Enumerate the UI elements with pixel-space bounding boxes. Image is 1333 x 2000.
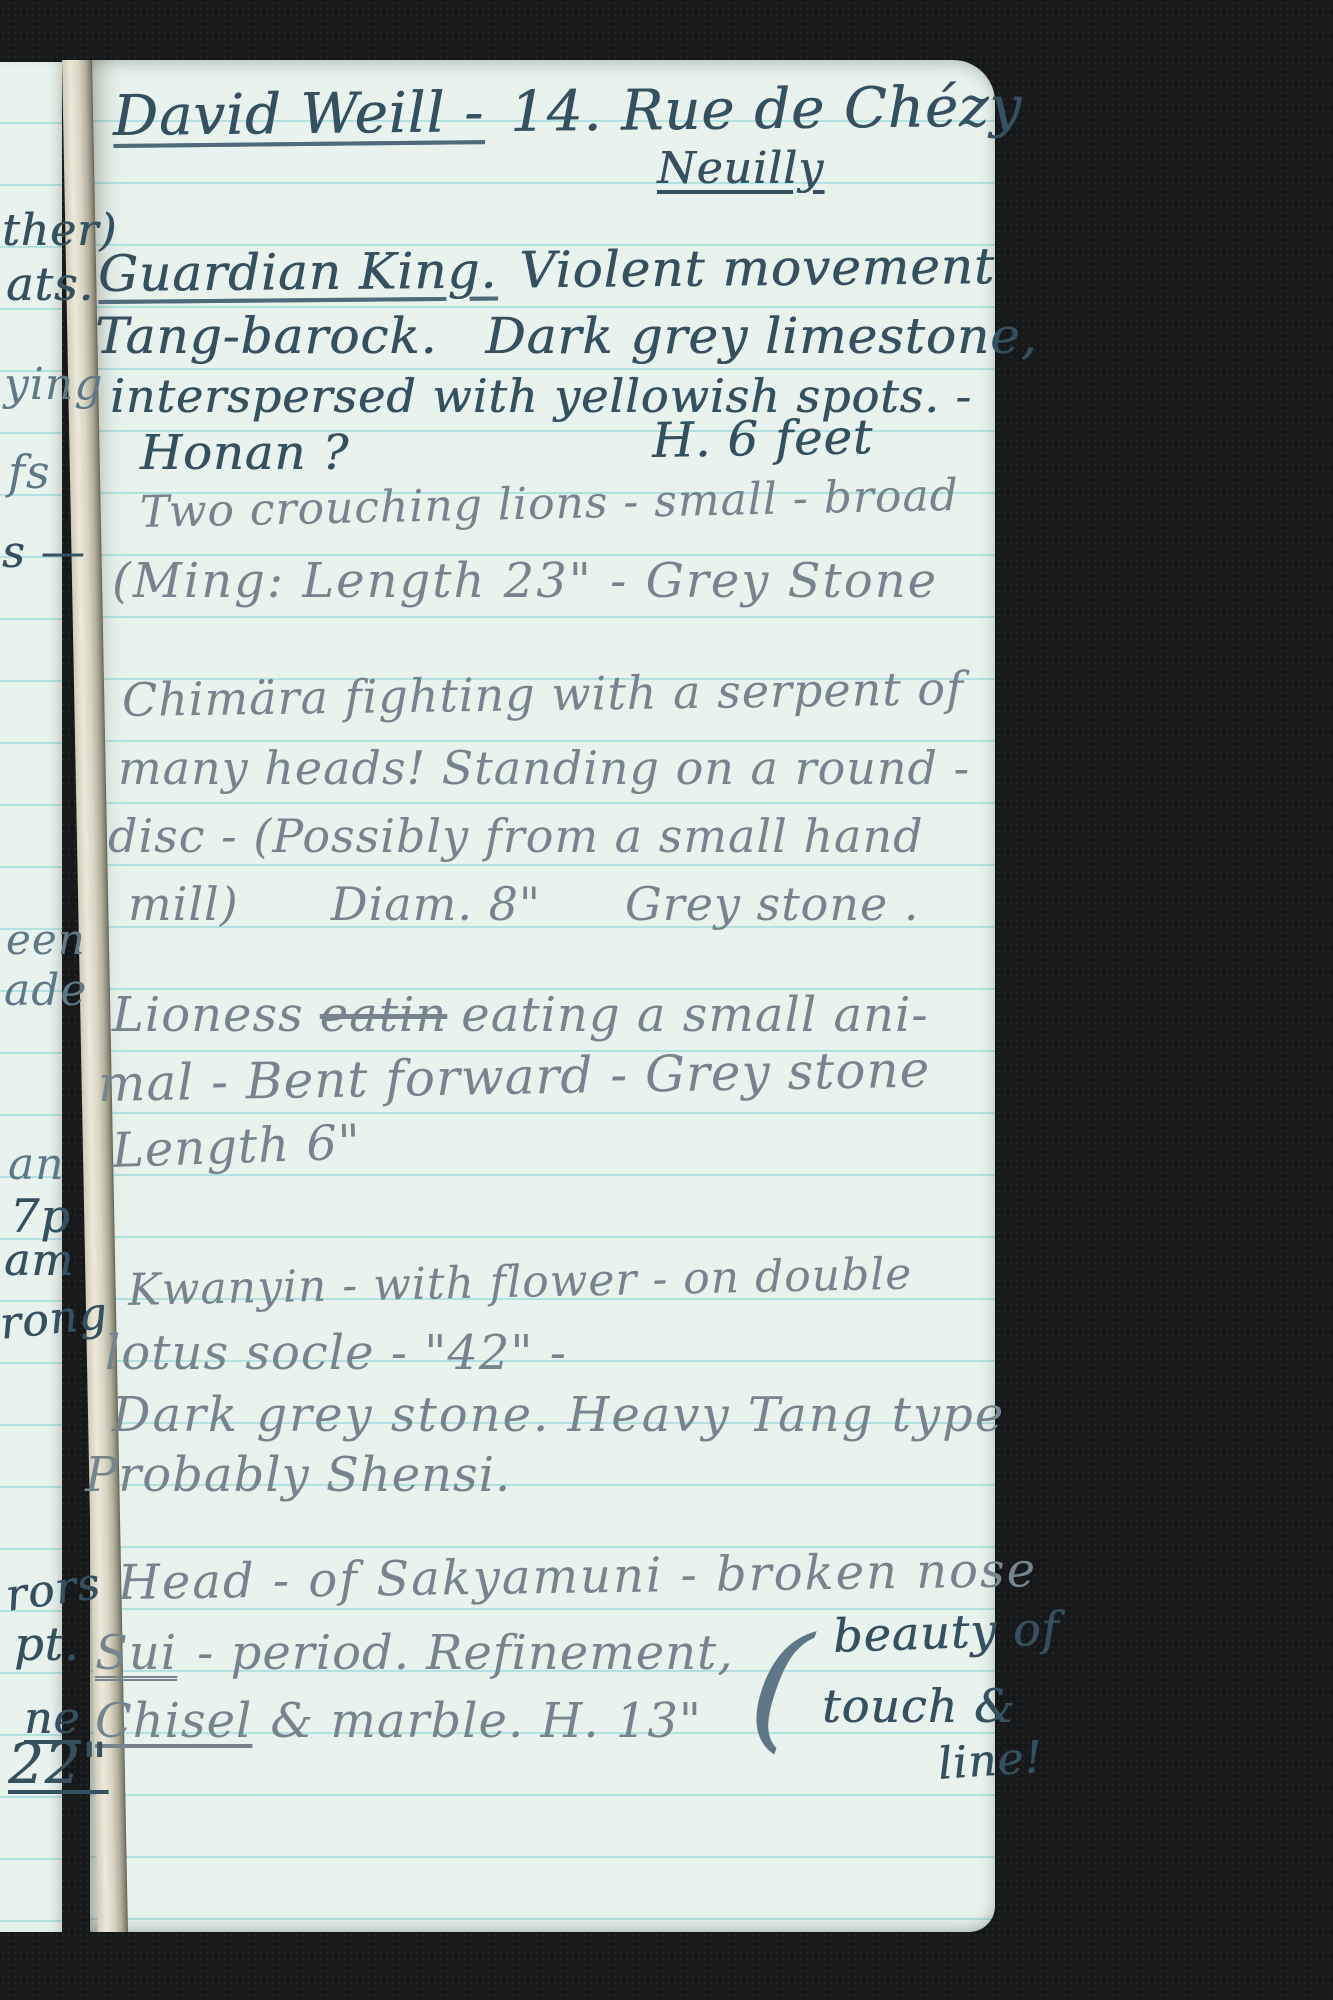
entry-sakyamuni-refinement: - period. Refinement,: [197, 1625, 733, 1681]
entry-chimaera-line-3: disc - (Possibly from a small hand: [108, 812, 924, 860]
left-page-fragment: ther): [2, 208, 117, 254]
left-page-fragment: een: [6, 918, 86, 962]
entry-lioness-subject: Lioness: [112, 987, 304, 1043]
left-page-fragment: fs: [8, 448, 51, 496]
entry-guardian-king-province: Honan ?: [140, 428, 349, 478]
entry-guardian-king-height: H. 6 feet: [652, 412, 874, 466]
left-page-fragment: an: [8, 1142, 65, 1188]
entry-guardian-king-movement: Violent movement: [519, 237, 995, 299]
left-page-fragment: ade: [4, 968, 87, 1014]
left-page-fragment: s —: [2, 530, 86, 576]
scanned-notebook-photo: ther) ats. ying fs s — een ade an 7p am …: [0, 0, 1333, 2000]
entry-lioness-line-1: Lionesseatineating a small ani-: [112, 990, 929, 1040]
left-page-fragment: ats.: [6, 260, 94, 308]
entry-lioness-length: Length 6": [111, 1117, 362, 1176]
entry-chimaera-material: Grey stone .: [625, 877, 919, 931]
entry-kwanyin-line-3: Dark grey stone. Heavy Tang type: [112, 1390, 1005, 1440]
entry-kwanyin-line-4: Probably Shensi.: [85, 1450, 511, 1500]
entry-sakyamuni-line-2: Sui- period. Refinement,: [95, 1628, 734, 1678]
entry-sakyamuni-ink-beauty: beauty of: [832, 1604, 1060, 1660]
entry-chimaera-diameter: Diam. 8": [331, 877, 541, 931]
entry-sakyamuni-ink-touch: touch &: [822, 1682, 1016, 1730]
left-page-fragment: rors: [3, 1561, 104, 1620]
entry-guardian-king-line-2: Tang-barock.Dark grey limestone,: [95, 310, 1038, 363]
entry-chimaera-line-4: mill)Diam. 8"Grey stone .: [128, 880, 919, 928]
left-page-fragment: 7p: [10, 1192, 71, 1240]
entry-guardian-king-style: Tang-barock.: [95, 307, 437, 365]
collector-city: Neuilly: [657, 146, 824, 192]
left-page-fragment: pt.: [14, 1620, 80, 1668]
left-page-fragment: ying: [4, 362, 103, 408]
header-line: David Weill -14. Rue de Chézy: [113, 78, 1023, 146]
entry-sakyamuni-line-1: Head - of Sakyamuni - broken nose: [118, 1545, 1038, 1608]
entry-sakyamuni-chisel: Chisel: [95, 1693, 252, 1749]
entry-sakyamuni-period: Sui: [95, 1625, 177, 1681]
entry-sakyamuni-ink-line: line!: [936, 1735, 1044, 1788]
entry-sakyamuni-line-3: Chisel& marble. H. 13": [95, 1696, 702, 1746]
entry-kwanyin-line-2: lotus socle - "42" -: [105, 1328, 567, 1378]
entry-lioness-action: eating a small ani-: [461, 987, 928, 1043]
entry-lioness-struck-word: eatin: [320, 987, 448, 1043]
entry-chimaera-line-1: Chimära fighting with a serpent of: [122, 664, 965, 724]
entry-lioness-line-2: mal - Bent forward - Grey stone: [98, 1043, 931, 1110]
entry-lions-line-2: (Ming: Length 23" - Grey Stone: [112, 556, 938, 606]
entry-sakyamuni-marble: & marble. H. 13": [270, 1693, 702, 1749]
entry-guardian-king-title: Guardian King.: [98, 242, 498, 303]
left-page-fragment: 22": [8, 1736, 108, 1795]
entry-guardian-king-material: Dark grey limestone,: [485, 307, 1037, 365]
collector-address: 14. Rue de Chézy: [510, 74, 1023, 144]
entry-guardian-king-line-1: Guardian King.Violent movement: [98, 240, 995, 300]
entry-chimaera-mill: mill): [128, 877, 239, 931]
left-page-fragment: rong: [0, 1291, 110, 1348]
left-page-fragment: am: [4, 1238, 74, 1284]
collector-name: David Weill -: [113, 80, 485, 149]
entry-chimaera-line-2: many heads! Standing on a round -: [118, 744, 970, 792]
